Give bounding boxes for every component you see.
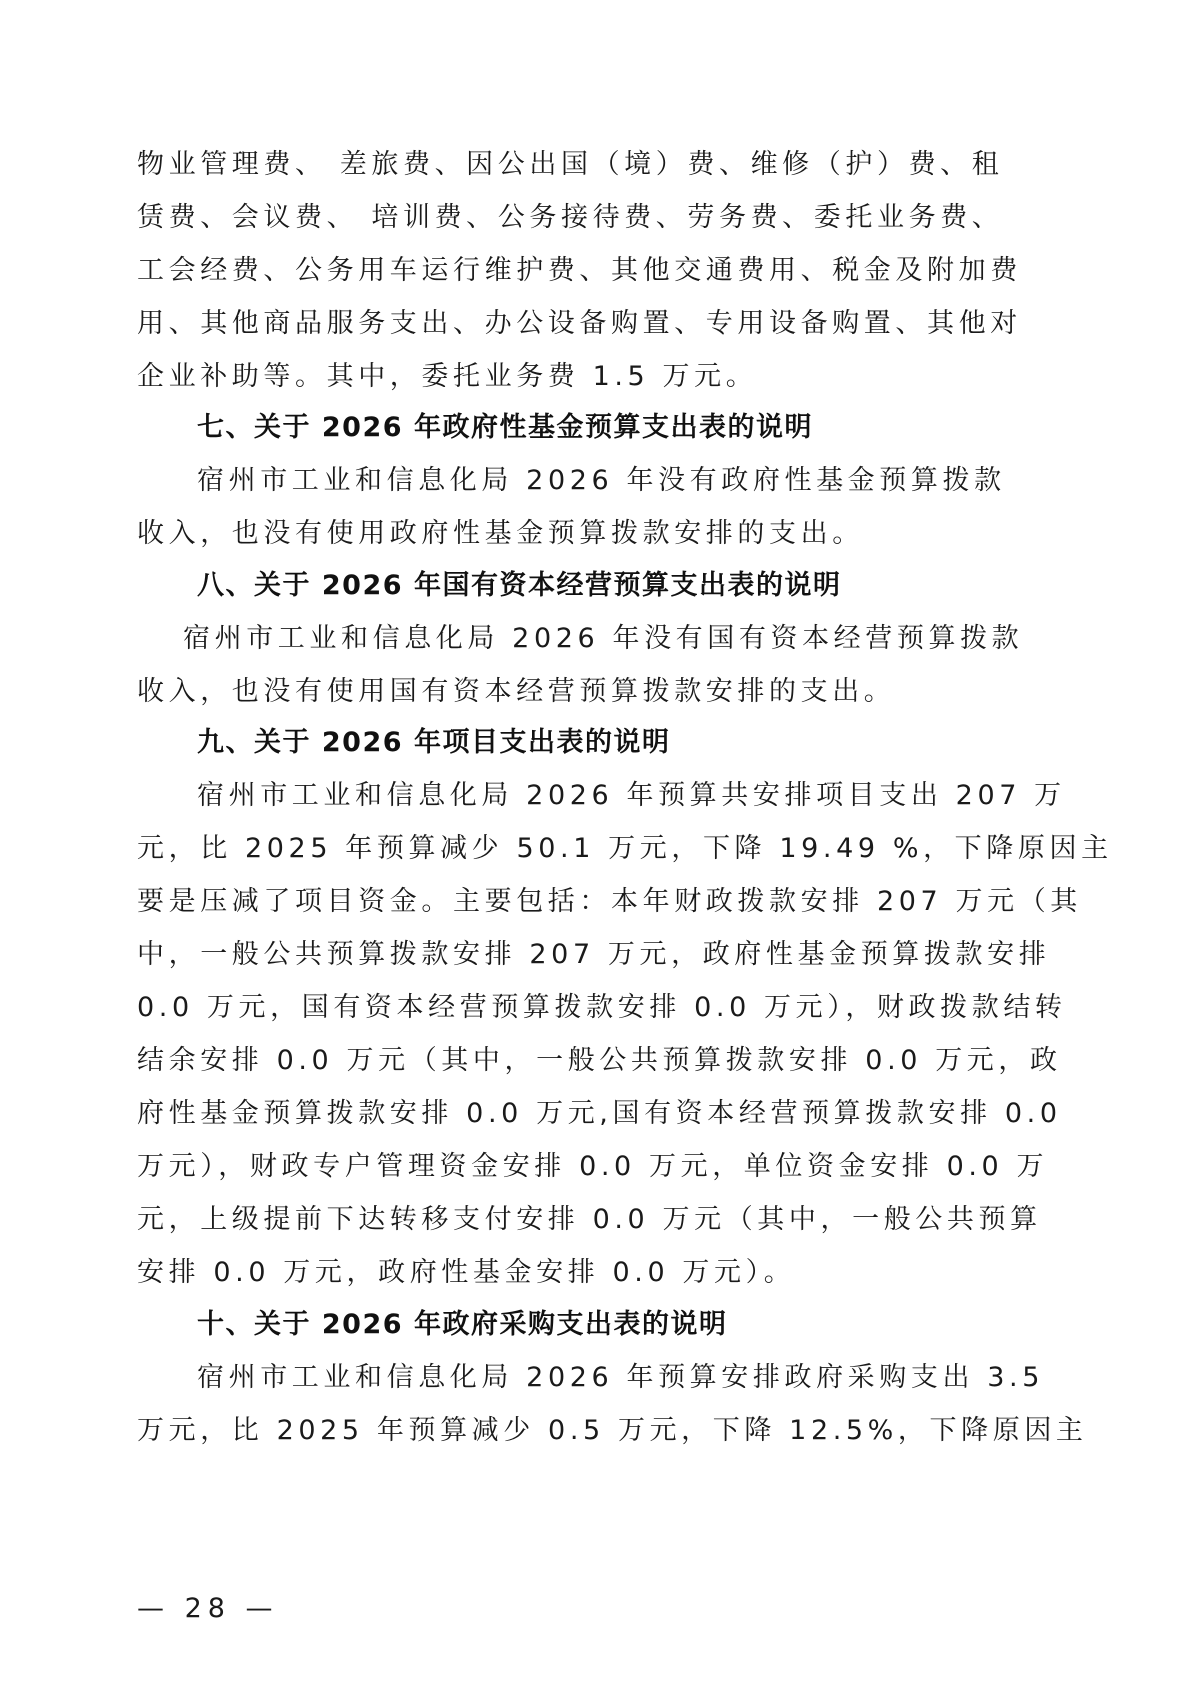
body-text-line: 宿州市工业和信息化局 2026 年没有国有资本经营预算拨款 <box>183 624 1023 654</box>
body-text-line: 安排 0.0 万元，政府性基金安排 0.0 万元）。 <box>137 1258 795 1288</box>
body-text-line: 中，一般公共预算拨款安排 207 万元，政府性基金预算拨款安排 <box>137 940 1050 970</box>
section-heading-9: 九、关于 2026 年项目支出表的说明 <box>197 728 670 758</box>
body-text-line: 宿州市工业和信息化局 2026 年预算共安排项目支出 207 万 <box>197 781 1066 811</box>
body-text-line: 宿州市工业和信息化局 2026 年没有政府性基金预算拨款 <box>197 466 1006 496</box>
body-text-line: 结余安排 0.0 万元（其中，一般公共预算拨款安排 0.0 万元，政 <box>137 1046 1062 1076</box>
body-text-line: 宿州市工业和信息化局 2026 年预算安排政府采购支出 3.5 <box>197 1363 1044 1393</box>
body-text-line: 赁费、会议费、 培训费、公务接待费、劳务费、委托业务费、 <box>137 203 1003 233</box>
section-heading-10: 十、关于 2026 年政府采购支出表的说明 <box>197 1310 727 1340</box>
body-text-line: 0.0 万元，国有资本经营预算拨款安排 0.0 万元），财政拨款结转 <box>137 993 1067 1023</box>
body-text-line: 万元），财政专户管理资金安排 0.0 万元，单位资金安排 0.0 万 <box>137 1152 1048 1182</box>
section-heading-7: 七、关于 2026 年政府性基金预算支出表的说明 <box>197 413 813 443</box>
body-text-line: 万元，比 2025 年预算减少 0.5 万元，下降 12.5%，下降原因主 <box>137 1416 1088 1446</box>
body-text-line: 元，上级提前下达转移支付安排 0.0 万元（其中，一般公共预算 <box>137 1205 1042 1235</box>
body-text-line: 工会经费、公务用车运行维护费、其他交通费用、税金及附加费 <box>137 256 1022 286</box>
body-text-line: 用、其他商品服务支出、办公设备购置、专用设备购置、其他对 <box>137 309 1022 339</box>
body-text-line: 企业补助等。其中，委托业务费 1.5 万元。 <box>137 362 757 392</box>
body-text-line: 府性基金预算拨款安排 0.0 万元,国有资本经营预算拨款安排 0.0 <box>137 1099 1062 1129</box>
body-text-line: 收入，也没有使用政府性基金预算拨款安排的支出。 <box>137 519 864 549</box>
section-heading-8: 八、关于 2026 年国有资本经营预算支出表的说明 <box>197 571 841 601</box>
body-text-line: 物业管理费、 差旅费、因公出国（境）费、维修（护）费、租 <box>137 150 1003 180</box>
body-text-line: 元，比 2025 年预算减少 50.1 万元，下降 19.49 %，下降原因主 <box>137 834 1113 864</box>
body-text-line: 收入，也没有使用国有资本经营预算拨款安排的支出。 <box>137 677 895 707</box>
page-number: — 28 — <box>137 1593 279 1624</box>
body-text-line: 要是压减了项目资金。主要包括：本年财政拨款安排 207 万元（其 <box>137 887 1082 917</box>
